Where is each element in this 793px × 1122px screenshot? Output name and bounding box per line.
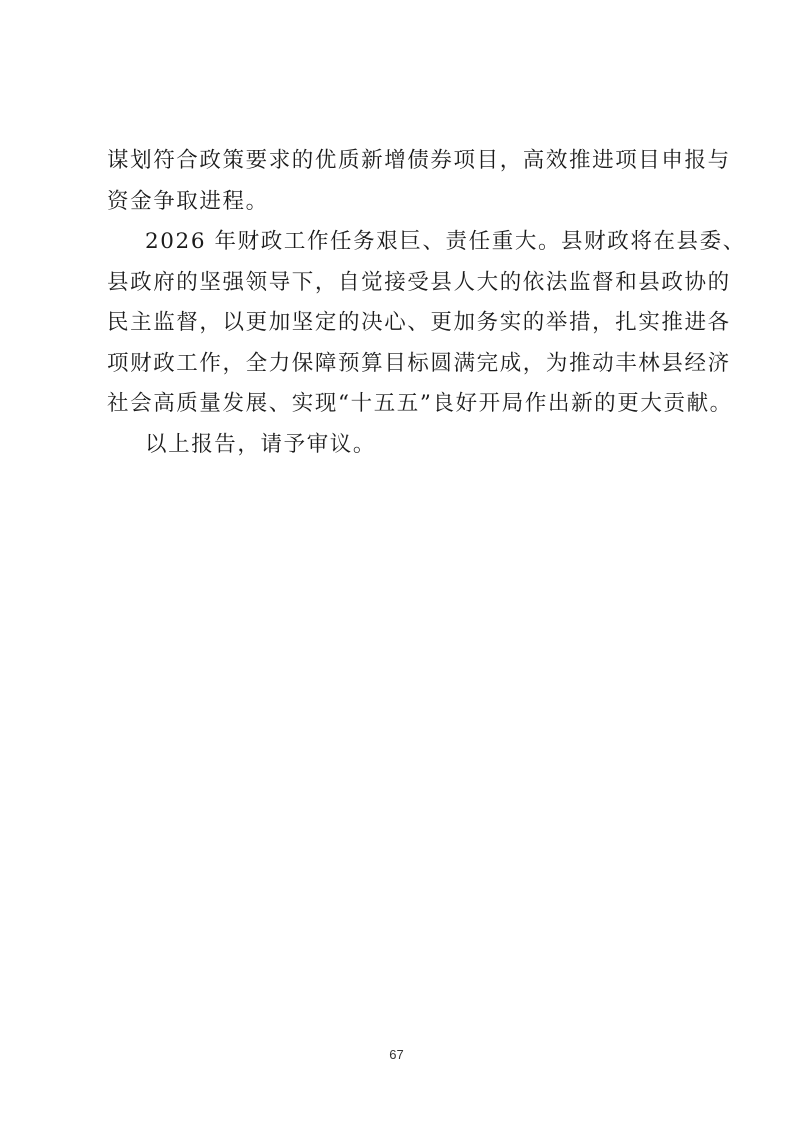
text-line: 项财政工作，全力保障预算目标圆满完成，为推动丰林县经济 bbox=[107, 344, 697, 385]
text-line: 民主监督，以更加坚定的决心、更加务实的举措，扎实推进各 bbox=[107, 303, 697, 344]
paragraph-closing: 以上报告，请予审议。 bbox=[107, 425, 697, 466]
page-number: 67 bbox=[0, 1047, 793, 1062]
text-line: 谋划符合政策要求的优质新增债券项目，高效推进项目申报与 bbox=[107, 141, 697, 182]
text-line: 社会高质量发展、实现“十五五”良好开局作出新的更大贡献。 bbox=[107, 384, 697, 425]
text-line: 以上报告，请予审议。 bbox=[107, 425, 697, 466]
paragraph-continuation: 谋划符合政策要求的优质新增债券项目，高效推进项目申报与 资金争取进程。 bbox=[107, 141, 697, 222]
text-line: 县政府的坚强领导下，自觉接受县人大的依法监督和县政协的 bbox=[107, 263, 697, 304]
paragraph-summary: 2026 年财政工作任务艰巨、责任重大。县财政将在县委、 县政府的坚强领导下，自… bbox=[107, 222, 697, 425]
document-page: 谋划符合政策要求的优质新增债券项目，高效推进项目申报与 资金争取进程。 2026… bbox=[0, 0, 793, 1122]
body-text: 谋划符合政策要求的优质新增债券项目，高效推进项目申报与 资金争取进程。 2026… bbox=[107, 141, 697, 465]
text-line: 2026 年财政工作任务艰巨、责任重大。县财政将在县委、 bbox=[107, 222, 697, 263]
text-line: 资金争取进程。 bbox=[107, 182, 697, 223]
